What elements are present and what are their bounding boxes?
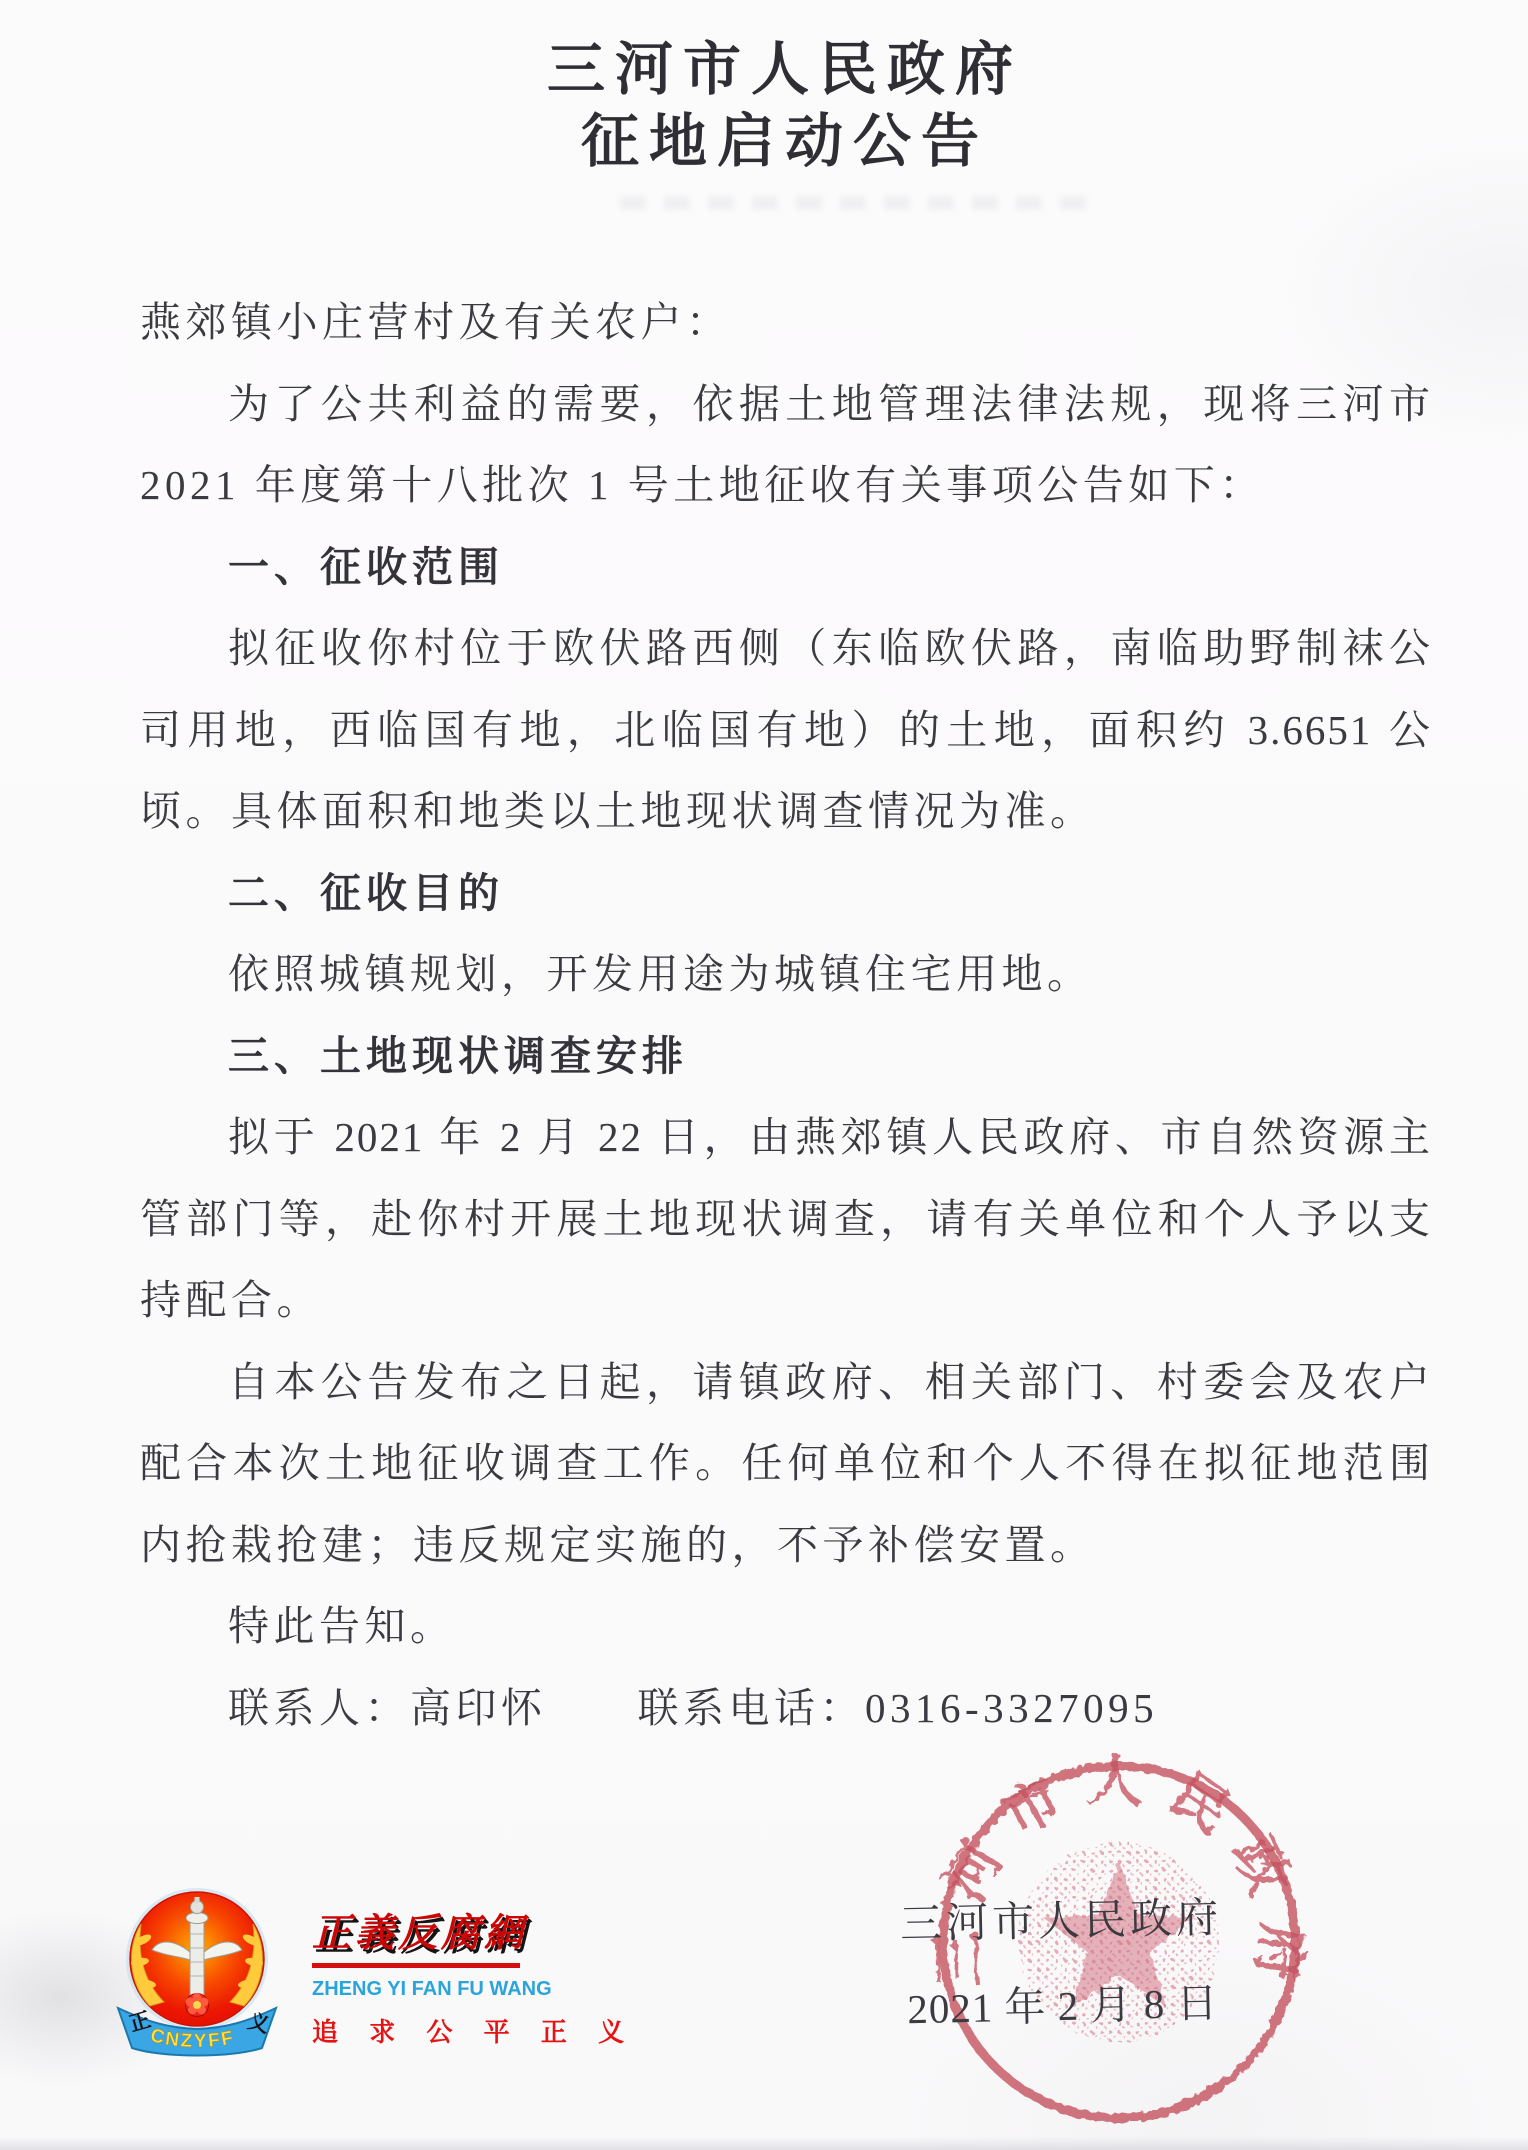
scanned-announcement-page: 三河市人民政府 征地启动公告 燕郊镇小庄营村及有关农户： 为了公共利益的需要，依…: [0, 0, 1528, 2150]
title-line-government: 三河市人民政府: [42, 34, 1528, 106]
site-name: 正義反腐網: [312, 1912, 612, 1956]
doc-line: 配合本次土地征收调查工作。任何单位和个人不得在拟征地范围: [140, 1423, 1432, 1505]
site-brand-block: 正義反腐網 ZHENG YI FAN FU WANG 追 求 公 平 正 义: [312, 1912, 612, 2046]
doc-line: 管部门等，赴你村开展土地现状调查，请有关单位和个人予以支: [140, 1179, 1432, 1261]
site-slogan: 追 求 公 平 正 义: [312, 2018, 612, 2046]
doc-line: 持配合。: [140, 1260, 1432, 1342]
doc-line: 内抢栽抢建；违反规定实施的，不予补偿安置。: [140, 1505, 1432, 1587]
doc-line: 拟征收你村位于欧伏路西侧（东临欧伏路，南临助野制袜公: [140, 608, 1432, 690]
ink-bleed-artifact: [620, 196, 1090, 210]
signature-issuer: 三河市人民政府: [879, 1894, 1244, 1950]
doc-line: 自本公告发布之日起，请镇政府、相关部门、村委会及农户: [140, 1342, 1432, 1424]
doc-line: 为了公共利益的需要，依据土地管理法律法规，现将三河市: [140, 364, 1432, 446]
doc-line: 2021 年度第十八批次 1 号土地征收有关事项公告如下：: [140, 445, 1432, 527]
contact-line: 联系人：高印怀 联系电话：0316-3327095: [140, 1668, 1432, 1750]
site-name-latin: ZHENG YI FAN FU WANG: [312, 1977, 612, 2001]
document-title: 三河市人民政府 征地启动公告: [0, 34, 1528, 178]
section-heading-2: 二、征收目的: [140, 853, 1432, 935]
justice-emblem-icon: CNZYFF 正 义: [110, 1888, 284, 2070]
document-body: 燕郊镇小庄营村及有关农户： 为了公共利益的需要，依据土地管理法律法规，现将三河市…: [140, 282, 1432, 1749]
doc-line: 依照城镇规划，开发用途为城镇住宅用地。: [140, 934, 1432, 1016]
signature-date: 2021 年 2 月 8 日: [880, 1978, 1245, 2034]
brand-divider: [312, 1963, 520, 1968]
section-heading-1: 一、征收范围: [140, 527, 1432, 609]
closing-line: 特此告知。: [140, 1586, 1432, 1668]
salutation-line: 燕郊镇小庄营村及有关农户：: [140, 282, 1432, 364]
doc-line: 顷。具体面积和地类以土地现状调查情况为准。: [140, 771, 1432, 853]
title-line-announcement: 征地启动公告: [42, 106, 1528, 178]
doc-line: 司用地，西临国有地，北临国有地）的土地，面积约 3.6651 公: [140, 690, 1432, 772]
doc-line: 拟于 2021 年 2 月 22 日，由燕郊镇人民政府、市自然资源主: [140, 1097, 1432, 1179]
emblem-flower-icon: [186, 1993, 209, 2017]
signature-block: 三河市人民政府 2021 年 2 月 8 日: [879, 1894, 1246, 2034]
section-heading-3: 三、土地现状调查安排: [140, 1016, 1432, 1098]
